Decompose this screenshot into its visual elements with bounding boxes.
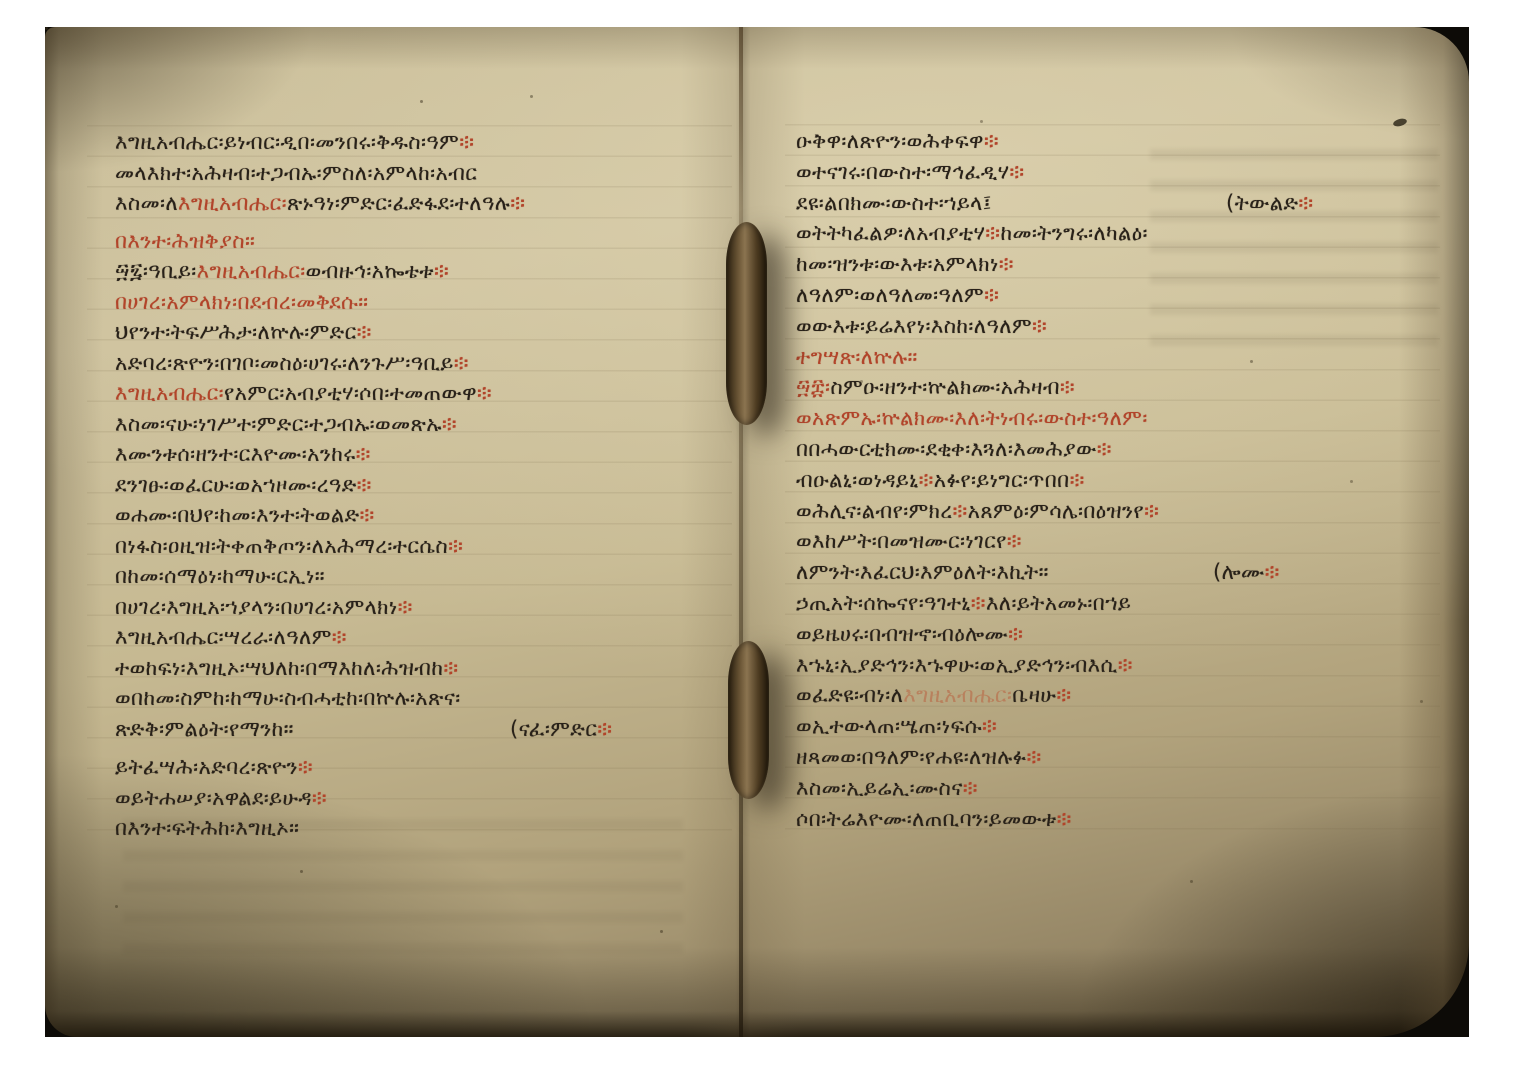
text-segment-black-ink: ሶበ፡ትሬእዮሙ፡ለጠቢባን፡ይመውቱ [796, 807, 1057, 831]
text-segment-black-ink: ወኢተውላጠ፡ሤጠ፡ነፍሱ [796, 714, 982, 738]
text-segment-red-ink: ፨ [298, 755, 313, 779]
text-line: ፵፯፡ዓቢይ፡እግዚአብሔር፡ወብዙኅ፡አኰቴቱ፨ [115, 256, 525, 287]
text-segment-black-ink: ወሐሙ፡በህየ፡ከመ፡እንተ፡ትወልድ [115, 503, 360, 527]
text-line: እስመ፡ናሁ፡ነገሥተ፡ምድር፡ተጋብኡ፡ወመጽኡ፨ [115, 409, 525, 440]
text-segment-black-ink: በከመ፡ሰማዕነ፡ከማሁ፡ርኢነ። [115, 564, 325, 588]
text-line: ለዓለም፡ወለዓለመ፡ዓለም፨ [796, 280, 1159, 311]
text-segment-black-ink: ወፈድዩ፡ብነ፡ለ [796, 683, 903, 707]
text-segment-black-ink: እኁኒ፡ኢያድኅን፡እኁዋሁ፡ወኢያድኅን፡ብእሲ [796, 653, 1118, 677]
text-segment-red-ink: ፨ [1298, 191, 1313, 215]
text-segment-red-ink: ፨ [984, 283, 999, 307]
text-line: እግዚአብሔር፡የአምር፡አብያቲሃ፡ሶበ፡ተመጠውዋ፨ [115, 378, 525, 409]
text-line: ደንገፁ፡ወፈርሁ፡ወአኀዞሙ፡ረዓድ፨ [115, 470, 525, 501]
text-segment-black-ink: በነፋስ፡ዐዚዝ፡ትቀጠቅጦን፡ለአሕማረ፡ተርሴስ [115, 534, 448, 558]
text-segment-red-ink: ወአጽምኡ፡ኵልክሙ፡እለ፡ትነብሩ፡ውስተ፡ዓለም፡ [796, 406, 1148, 430]
text-segment-red-ink: ፨ [443, 656, 458, 680]
text-line: ብዑልኒ፡ወነዳይኒ፨አፉየ፡ይነግር፡ጥበበ፨ [796, 465, 1159, 496]
text-segment-black-ink: ስምዑ፡ዘንተ፡ኵልክሙ፡አሕዛብ [830, 375, 1060, 399]
text-line: ይትፈሣሕ፡አድባረ፡ጽዮን፨ [115, 752, 525, 783]
margin-correction-note: (ናፈ፡ምድር፨ [510, 714, 612, 745]
text-segment-black-ink: ወትትካፈልዎ፡ለአብያቲሃ [796, 221, 985, 245]
text-line: ሶበ፡ትሬእዮሙ፡ለጠቢባን፡ይመውቱ፨ [796, 804, 1159, 835]
text-segment-red-ink: እግዚአብሔር፡ [197, 259, 306, 283]
text-segment-red-ink: ፨ [597, 717, 612, 741]
text-line: እስመ፡ኢይሬኢ፡ሙስና፨ [796, 773, 1159, 804]
text-segment-red-ink: ፨ [1007, 529, 1022, 553]
dirt-specks [45, 27, 48, 30]
text-line: እግዚአብሔር፡ይነብር፡ዲበ፡መንበሩ፡ቅዱስ፡ዓም፨ [115, 127, 525, 158]
sewing-thong-upper [726, 222, 767, 425]
text-line: ህየንተ፡ትፍሥሕታ፡ለኵሉ፡ምድር፨ [115, 317, 525, 348]
codex-parchment-spread: እግዚአብሔር፡ይነብር፡ዲበ፡መንበሩ፡ቅዱስ፡ዓም፨መላእክተ፡አሕዛብ፡ተ… [45, 27, 1469, 1037]
text-segment-red-ink: እግዚአብሔር፡ [115, 381, 224, 405]
ink-blot [1392, 117, 1407, 127]
text-line: ወውእቱ፡ይሬእየነ፡እስከ፡ለዓለም፨ [796, 311, 1159, 342]
text-segment-red-ink: ፨ [357, 473, 372, 497]
text-line: በነፋስ፡ዐዚዝ፡ትቀጠቅጦን፡ለአሕማረ፡ተርሴስ፨ [115, 531, 525, 562]
text-segment-black-ink: ዘጻመወ፡በዓለም፡የሐዩ፡ለዝሉፉ [796, 745, 1027, 769]
text-segment-red-ink: ፨ [459, 130, 474, 154]
text-segment-red-ink: ፨ [963, 776, 978, 800]
photo-dark-background: እግዚአብሔር፡ይነብር፡ዲበ፡መንበሩ፡ቅዱስ፡ዓም፨መላእክተ፡አሕዛብ፡ተ… [45, 27, 1469, 1037]
text-segment-black-ink: ወተናገሩ፡በውስተ፡ማኅፈዲሃ [796, 160, 1009, 184]
text-segment-black-ink: (ናፈ፡ምድር [510, 717, 597, 741]
text-segment-black-ink: ወሕሊና፡ልብየ፡ምክረ [796, 499, 952, 523]
text-line: ከመ፡ዝንቱ፡ውእቱ፡አምላክነ፨ [796, 249, 1159, 280]
text-segment-black-ink: ይትፈሣሕ፡አድባረ፡ጽዮን [115, 755, 298, 779]
text-segment-black-ink: ደዩ፡ልበክሙ፡ውስተ፡ኀይላ፤ [796, 191, 992, 215]
text-segment-black-ink: (ሎሙ [1213, 560, 1265, 584]
text-line: ለምንት፡እፈርህ፡እምዕለት፡እኪት።(ሎሙ፨ [796, 557, 1159, 588]
text-line: ወትትካፈልዎ፡ለአብያቲሃ፨ከመ፡ትንግሩ፡ለካልዕ፡ [796, 218, 1159, 249]
text-segment-red-ink: ተግሣጽ፡ለኵሉ። [796, 345, 918, 369]
text-segment-black-ink: ለምንት፡እፈርህ፡እምዕለት፡እኪት። [796, 560, 1049, 584]
text-segment-red-ink: ፨ [984, 129, 999, 153]
text-line: በበሓውርቲክሙ፡ደቂቀ፡እጓለ፡እመሕያው፨ [796, 434, 1159, 465]
text-line: ወይዜሀሩ፡በብዝኆ፡ብዕሎሙ፨ [796, 619, 1159, 650]
text-segment-red-ink: ፨ [477, 381, 492, 405]
margin-correction-note: (ትውልድ፨ [1226, 188, 1314, 219]
text-line: እግዚአብሔር፡ሣረራ፡ለዓለም፨ [115, 622, 525, 653]
text-segment-red-ink: ፨ [1070, 468, 1085, 492]
text-line: ጽድቅ፡ምልዕት፡የማንከ።(ናፈ፡ምድር፨ [115, 714, 525, 745]
ink-bleedthrough-top-right [1150, 149, 1438, 361]
text-segment-black-ink: ወይዜሀሩ፡በብዝኆ፡ብዕሎሙ [796, 622, 1008, 646]
text-segment-red-ink: ፨ [442, 412, 457, 436]
text-segment-red-ink: ፨ [398, 595, 413, 619]
text-line: ወይትሐሠያ፡አዋልደ፡ይሁዳ፨ [115, 783, 525, 814]
text-segment-black-ink: በእንተ፡ፍትሕከ፡እግዚኦ። [115, 816, 299, 840]
text-segment-black-ink: ከመ፡ትንግሩ፡ለካልዕ፡ [1000, 221, 1147, 245]
text-segment-red-ink: ፨ [332, 625, 347, 649]
text-segment-black-ink: ጽድቅ፡ምልዕት፡የማንከ። [115, 717, 294, 741]
text-line: አድባረ፡ጽዮን፡በገቦ፡መስዕ፡ሀገሩ፡ለንጉሥ፡ዓቢይ፨ [115, 348, 525, 379]
text-segment-red-ink: ፨ [1118, 653, 1133, 677]
text-segment-black-ink: አፉየ፡ይነግር፡ጥበበ [934, 468, 1070, 492]
text-line: መላእክተ፡አሕዛብ፡ተጋብኡ፡ምስለ፡አምላከ፡አብር [115, 158, 525, 189]
text-segment-red-ink: ፨ [356, 442, 371, 466]
text-segment-black-ink: እግዚአብሔር፡ይነብር፡ዲበ፡መንበሩ፡ቅዱስ፡ዓም [115, 130, 459, 154]
text-line: ወበከመ፡ስምከ፡ከማሁ፡ስብሓቲከ፡በኵሉ፡አጽና፡ [115, 683, 525, 714]
text-segment-black-ink: ቤዛሁ [1012, 683, 1056, 707]
text-segment-black-ink: አጸምዕ፡ምሳሌ፡በዕዝንየ [968, 499, 1144, 523]
text-segment-red-ink: ፨ [1057, 807, 1072, 831]
text-segment-red-ink: ፨ [312, 786, 327, 810]
text-segment-red-ink: ፨ [454, 351, 469, 375]
text-segment-black-ink: እግዚአብሔር፡ሣረራ፡ለዓለም [115, 625, 332, 649]
text-segment-black-ink: ወእከሥት፡በመዝሙር፡ነገርየ [796, 529, 1007, 553]
text-line: ወሐሙ፡በህየ፡ከመ፡እንተ፡ትወልድ፨ [115, 500, 525, 531]
text-segment-black-ink: ወበከመ፡ስምከ፡ከማሁ፡ስብሓቲከ፡በኵሉ፡አጽና፡ [115, 686, 461, 710]
text-line: በእንተ፡ፍትሕከ፡እግዚኦ። [115, 813, 525, 844]
text-segment-black-ink: እስመ፡ኢይሬኢ፡ሙስና [796, 776, 963, 800]
text-segment-red-ink: ፨ [952, 499, 967, 523]
text-segment-red-ink: ፨ [999, 252, 1014, 276]
text-line: በሀገረ፡አምላክነ፡በደብረ፡መቅደሱ። [115, 287, 525, 318]
right-page-text-column: ዑቅዋ፡ለጽዮን፡ወሕቀፍዋ፨ወተናገሩ፡በውስተ፡ማኅፈዲሃ፨ደዩ፡ልበክሙ፡… [796, 126, 1159, 834]
text-segment-red-ink: እግዚአብሔር፡ [178, 191, 287, 215]
text-segment-red-ink: ፨ [1097, 437, 1112, 461]
text-segment-red-ink: ፨ [434, 259, 449, 283]
text-segment-black-ink: ወብዙኅ፡አኰቴቱ [306, 259, 434, 283]
text-line: እሙንቱሰ፡ዘንተ፡ርእዮሙ፡አንከሩ፨ [115, 439, 525, 470]
text-segment-black-ink: እሙንቱሰ፡ዘንተ፡ርእዮሙ፡አንከሩ [115, 442, 356, 466]
text-segment-black-ink: ወውእቱ፡ይሬእየነ፡እስከ፡ለዓለም [796, 314, 1032, 338]
left-page-text-column: እግዚአብሔር፡ይነብር፡ዲበ፡መንበሩ፡ቅዱስ፡ዓም፨መላእክተ፡አሕዛብ፡ተ… [115, 127, 525, 844]
text-segment-black-ink: ህየንተ፡ትፍሥሕታ፡ለኵሉ፡ምድር [115, 320, 357, 344]
text-segment-black-ink: አድባረ፡ጽዮን፡በገቦ፡መስዕ፡ሀገሩ፡ለንጉሥ፡ዓቢይ [115, 351, 454, 375]
text-line: ዘጻመወ፡በዓለም፡የሐዩ፡ለዝሉፉ፨ [796, 742, 1159, 773]
text-segment-black-ink: ከመ፡ዝንቱ፡ውእቱ፡አምላክነ [796, 252, 999, 276]
text-line: እኁኒ፡ኢያድኅን፡እኁዋሁ፡ወኢያድኅን፡ብእሲ፨ [796, 650, 1159, 681]
text-line: ኃጢአት፡ሰኰናየ፡ዓገተኒ፨እለ፡ይትአመኑ፡በኀይ [796, 588, 1159, 619]
text-segment-black-ink: ዑቅዋ፡ለጽዮን፡ወሕቀፍዋ [796, 129, 984, 153]
text-segment-red-ink: ፨ [1032, 314, 1047, 338]
text-segment-red-ink: ፨ [1027, 745, 1042, 769]
text-segment-red-ink: ፵፰፡ [796, 375, 830, 399]
text-line: በከመ፡ሰማዕነ፡ከማሁ፡ርኢነ። [115, 561, 525, 592]
text-line: ተግሣጽ፡ለኵሉ። [796, 342, 1159, 373]
gutter-shadow [681, 27, 805, 1037]
text-segment-red-ink: ፨ [1144, 499, 1159, 523]
text-segment-red-ink: ፨ [1060, 375, 1075, 399]
text-segment-black-ink: መላእክተ፡አሕዛብ፡ተጋብኡ፡ምስለ፡አምላከ፡አብር [115, 161, 477, 185]
text-segment-red-ink: ፨ [985, 221, 1000, 245]
gutter-seam [739, 27, 743, 1037]
sewing-thong-lower [728, 641, 769, 799]
text-segment-black-ink: በበሓውርቲክሙ፡ደቂቀ፡እጓለ፡እመሕያው [796, 437, 1097, 461]
text-segment-black-ink: ደንገፁ፡ወፈርሁ፡ወአኀዞሙ፡ረዓድ [115, 473, 357, 497]
text-segment-black-ink: ፵፯፡ዓቢይ፡ [115, 259, 197, 283]
text-line: ዑቅዋ፡ለጽዮን፡ወሕቀፍዋ፨ [796, 126, 1159, 157]
margin-correction-note: (ሎሙ፨ [1213, 557, 1280, 588]
text-segment-black-ink: ተወከፍነ፡እግዚኦ፡ሣህለከ፡በማእከለ፡ሕዝብከ [115, 656, 443, 680]
text-segment-red-ink: እግዚአብሔር፡ [903, 683, 1012, 707]
text-segment-red-ink: ፨ [1056, 683, 1071, 707]
text-segment-black-ink: (ትውልድ [1226, 191, 1298, 215]
text-segment-red-ink: ፨ [971, 591, 986, 615]
text-segment-red-ink: ፨ [360, 503, 375, 527]
scanned-manuscript-photo: እግዚአብሔር፡ይነብር፡ዲበ፡መንበሩ፡ቅዱስ፡ዓም፨መላእክተ፡አሕዛብ፡ተ… [0, 0, 1515, 1071]
text-segment-red-ink: ፨ [982, 714, 997, 738]
text-line: ወኢተውላጠ፡ሤጠ፡ነፍሱ፨ [796, 711, 1159, 742]
text-segment-red-ink: ፨ [448, 534, 463, 558]
text-segment-black-ink: ለዓለም፡ወለዓለመ፡ዓለም [796, 283, 984, 307]
text-segment-red-ink: በሀገረ፡አምላክነ፡በደብረ፡መቅደሱ። [115, 290, 369, 314]
text-line: ተወከፍነ፡እግዚኦ፡ሣህለከ፡በማእከለ፡ሕዝብከ፨ [115, 653, 525, 684]
text-segment-black-ink: ወይትሐሠያ፡አዋልደ፡ይሁዳ [115, 786, 312, 810]
text-segment-red-ink: ፨ [919, 468, 934, 492]
text-line: ወሕሊና፡ልብየ፡ምክረ፨አጸምዕ፡ምሳሌ፡በዕዝንየ፨ [796, 496, 1159, 527]
text-segment-red-ink: ፨ [510, 191, 525, 215]
text-line: እስመ፡ለእግዚአብሔር፡ጽኑዓነ፡ምድር፡ፈድፋደ፡ተለዓሉ፨ [115, 188, 525, 219]
text-line: ፵፰፡ስምዑ፡ዘንተ፡ኵልክሙ፡አሕዛብ፨ [796, 372, 1159, 403]
text-segment-red-ink: ፨ [1265, 560, 1280, 584]
text-segment-red-ink: ፨ [1009, 160, 1024, 184]
text-segment-red-ink: ፨ [357, 320, 372, 344]
text-segment-black-ink: የአምር፡አብያቲሃ፡ሶበ፡ተመጠውዋ [224, 381, 477, 405]
text-line: ወፈድዩ፡ብነ፡ለእግዚአብሔር፡ቤዛሁ፨ [796, 680, 1159, 711]
text-segment-black-ink: ብዑልኒ፡ወነዳይኒ [796, 468, 919, 492]
text-line: ወአጽምኡ፡ኵልክሙ፡እለ፡ትነብሩ፡ውስተ፡ዓለም፡ [796, 403, 1159, 434]
text-segment-black-ink: ጽኑዓነ፡ምድር፡ፈድፋደ፡ተለዓሉ [287, 191, 510, 215]
text-segment-red-ink: በእንተ፡ሕዝቅያስ። [115, 229, 255, 253]
text-line: በሀገረ፡እግዚአ፡ኀያላን፡በሀገረ፡አምላክነ፨ [115, 592, 525, 623]
text-segment-black-ink: እለ፡ይትአመኑ፡በኀይ [986, 591, 1131, 615]
text-segment-red-ink: ፨ [1008, 622, 1023, 646]
text-line: ወእከሥት፡በመዝሙር፡ነገርየ፨ [796, 526, 1159, 557]
text-line: ደዩ፡ልበክሙ፡ውስተ፡ኀይላ፤(ትውልድ፨ [796, 188, 1159, 219]
text-segment-black-ink: ኃጢአት፡ሰኰናየ፡ዓገተኒ [796, 591, 971, 615]
text-segment-black-ink: በሀገረ፡እግዚአ፡ኀያላን፡በሀገረ፡አምላክነ [115, 595, 398, 619]
text-line: በእንተ፡ሕዝቅያስ። [115, 226, 525, 257]
text-segment-black-ink: እስመ፡ለ [115, 191, 178, 215]
text-line: ወተናገሩ፡በውስተ፡ማኅፈዲሃ፨ [796, 157, 1159, 188]
text-segment-black-ink: እስመ፡ናሁ፡ነገሥተ፡ምድር፡ተጋብኡ፡ወመጽኡ [115, 412, 442, 436]
